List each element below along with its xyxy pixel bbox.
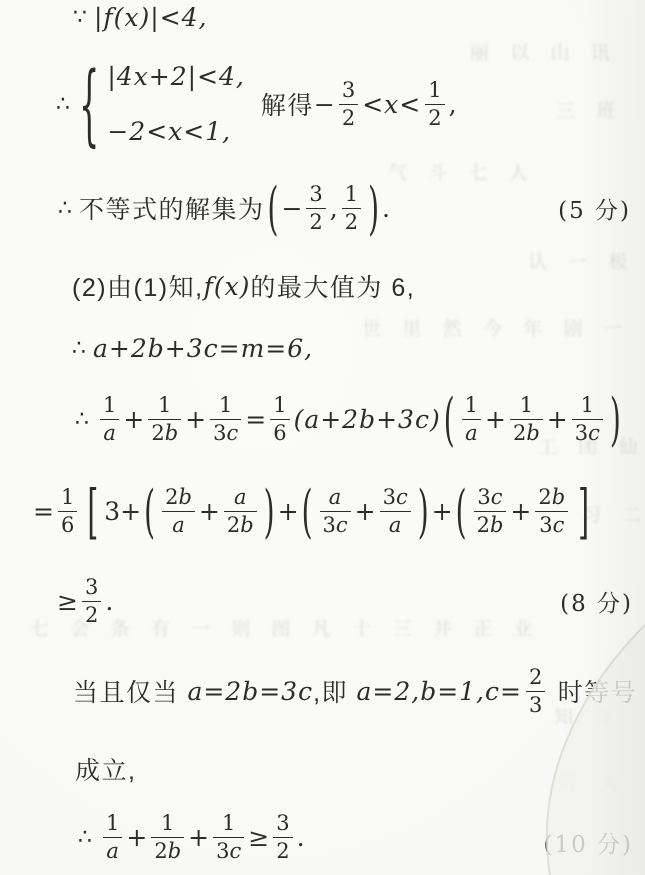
therefore-symbol: ∴ bbox=[75, 407, 89, 432]
therefore-symbol: ∴ bbox=[58, 196, 72, 221]
close-paren: ) bbox=[418, 477, 429, 545]
line-given-inequality: ∵ |f(x)|<4, bbox=[73, 2, 208, 32]
formula: a+2b+3c=m=6, bbox=[93, 334, 313, 363]
fraction: 12 bbox=[342, 183, 361, 232]
fraction: 12 bbox=[425, 79, 444, 128]
fraction: 16 bbox=[270, 394, 289, 443]
plus: + bbox=[188, 823, 209, 852]
fraction: 32 bbox=[339, 79, 358, 128]
line-product-expansion: ∴ 1a + 12b + 13c = 16 (a+2b+3c) ( 1a + 1… bbox=[75, 394, 624, 444]
close-paren: ) bbox=[368, 174, 379, 242]
plus: + bbox=[126, 823, 147, 852]
solve-label: 解得 bbox=[261, 86, 314, 122]
fraction: 2ba bbox=[162, 486, 195, 535]
plus: + bbox=[485, 405, 506, 434]
text: 的最大值为 6, bbox=[250, 268, 415, 304]
fraction: 12b bbox=[510, 394, 543, 443]
fraction: 3ca bbox=[380, 486, 411, 535]
fraction: 13c bbox=[213, 812, 244, 861]
open-paren: ( bbox=[144, 477, 155, 545]
line-conclusion: ∴ 1a + 12b + 13c ≥ 32 . bbox=[78, 811, 305, 863]
plus: + bbox=[432, 497, 453, 526]
line-bracket-expansion: = 16 [ 3+ ( 2ba + a2b ) + ( a3c + 3ca ) … bbox=[33, 482, 595, 540]
fraction: 32 bbox=[82, 576, 101, 625]
plus: + bbox=[510, 497, 531, 526]
line-sum-equals-six: ∴ a+2b+3c=m=6, bbox=[72, 332, 313, 364]
bleedthrough-text: 丽 以 山 讯 bbox=[470, 38, 618, 65]
system-brace: { bbox=[79, 52, 99, 157]
bleedthrough-text: 世 里 然 今 年 剧 一 bbox=[362, 314, 631, 341]
therefore-symbol: ∴ bbox=[78, 825, 92, 850]
close-bracket: ] bbox=[578, 476, 589, 545]
close-paren: ) bbox=[610, 385, 621, 453]
fraction: 3c2b bbox=[474, 486, 507, 535]
solution-set-label: 不等式的解集为 bbox=[79, 190, 265, 226]
formula: a=2,b=1,c= bbox=[356, 677, 521, 706]
formula: 3+ bbox=[104, 497, 141, 526]
bleedthrough-text: 认 一 极 bbox=[528, 247, 636, 274]
period: . bbox=[105, 587, 113, 616]
formula: f(x) bbox=[204, 272, 251, 301]
fraction: 13c bbox=[210, 394, 241, 443]
period: . bbox=[297, 823, 305, 852]
geq-symbol: ≥ bbox=[57, 587, 78, 616]
minus-sign: − bbox=[314, 90, 335, 119]
minus-sign: − bbox=[281, 194, 302, 223]
open-paren: ( bbox=[268, 174, 279, 242]
line-geq-three-halves: ≥ 32 . bbox=[57, 576, 113, 626]
text: 当且仅当 bbox=[73, 673, 187, 709]
line-holds: 成立, bbox=[75, 753, 136, 785]
plus: + bbox=[123, 405, 144, 434]
comma: , bbox=[449, 90, 457, 119]
bleedthrough-text: 气 斗 七 人 bbox=[388, 158, 536, 185]
close-paren: ) bbox=[264, 477, 275, 545]
formula: (a+2b+3c) bbox=[294, 405, 441, 434]
equals: = bbox=[33, 497, 54, 526]
plus: + bbox=[199, 497, 220, 526]
fraction: 1a bbox=[100, 394, 119, 443]
open-paren: ( bbox=[456, 477, 467, 545]
score-mark-5: (5 分) bbox=[558, 192, 631, 225]
plus: + bbox=[547, 405, 568, 434]
text: ,即 bbox=[313, 673, 356, 709]
plus: + bbox=[278, 497, 299, 526]
formula: a=2b=3c bbox=[187, 677, 313, 706]
line-system: ∴ { |4x+2|<4, −2<x<1, 解得 − 32 <x< 12 , bbox=[56, 56, 457, 152]
period: . bbox=[382, 194, 390, 223]
fraction: 2b3c bbox=[535, 486, 568, 535]
formula: <x< bbox=[362, 90, 421, 119]
fraction: 16 bbox=[58, 486, 77, 535]
formula: |f(x)|<4, bbox=[94, 3, 208, 32]
fraction: a2b bbox=[224, 486, 257, 535]
fraction: 12b bbox=[148, 394, 181, 443]
formula: −2<x<1, bbox=[107, 117, 231, 146]
open-paren: ( bbox=[444, 385, 455, 453]
fraction: 12b bbox=[151, 812, 184, 861]
open-bracket: [ bbox=[87, 476, 98, 545]
fraction: 32 bbox=[273, 812, 292, 861]
because-symbol: ∵ bbox=[73, 5, 87, 30]
fraction: 1a bbox=[462, 394, 481, 443]
open-paren: ( bbox=[302, 477, 313, 545]
page-curl-shadow bbox=[505, 615, 645, 875]
therefore-symbol: ∴ bbox=[56, 92, 70, 117]
plus: + bbox=[185, 405, 206, 434]
fraction: 32 bbox=[306, 183, 325, 232]
therefore-symbol: ∴ bbox=[72, 336, 86, 361]
geq-symbol: ≥ bbox=[248, 823, 269, 852]
line-part2-intro: (2)由(1)知, f(x) 的最大值为 6, bbox=[72, 270, 415, 302]
fraction: 13c bbox=[572, 394, 603, 443]
system-equations: |4x+2|<4, −2<x<1, bbox=[107, 62, 245, 146]
line-solution-set: ∴ 不等式的解集为 ( − 32 , 12 ) . bbox=[58, 183, 390, 233]
score-mark-8: (8 分) bbox=[560, 585, 633, 618]
bleedthrough-text: 三 班 bbox=[556, 96, 623, 123]
text: (2)由(1)知, bbox=[72, 268, 204, 304]
comma: , bbox=[330, 194, 338, 223]
fraction: 1a bbox=[103, 812, 122, 861]
plus: + bbox=[355, 497, 376, 526]
formula: |4x+2|<4, bbox=[107, 62, 245, 91]
equals: = bbox=[245, 405, 266, 434]
text: 成立, bbox=[75, 751, 136, 787]
scanned-solution-page: 丽 以 山 讯 三 班 气 斗 七 人 认 一 极 世 里 然 今 年 剧 一 … bbox=[0, 0, 645, 875]
fraction: a3c bbox=[320, 486, 351, 535]
